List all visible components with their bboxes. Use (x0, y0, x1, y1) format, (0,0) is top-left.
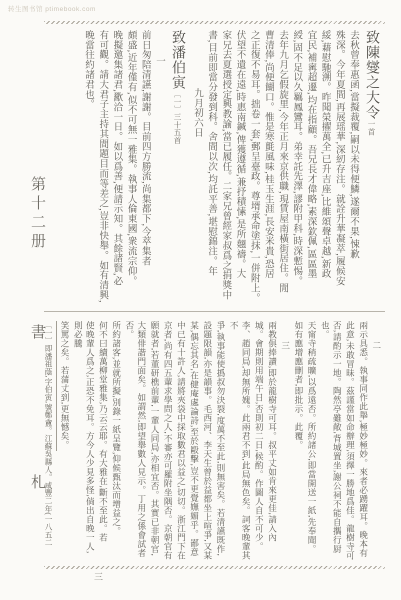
top-wavy-border (44, 21, 385, 24)
letter-text-column: 兩示具悉。執事同作此舉,極妙極妙。來者必踴躍耳。晚本有 (358, 321, 370, 561)
letter-text-column: 爭,執事能使撝叔勿決裂,度萬不至此,則無害矣。若清讌既作, (215, 321, 227, 561)
letter-title-text: 致潘伯寅 (170, 30, 185, 90)
letter-text-column: 有可觀。請大君子主持其間題目而等差之,豈非快舉。如有清興, (95, 30, 108, 306)
library-watermark: 转生图书馆 ptimebook.com (8, 4, 96, 13)
letter-count-note: 〔一〕三十五首 (173, 90, 182, 144)
letter-text-column: 所約諸客,並就所擬,別錄一紙呈覽,仰候甄汰而增益之。 (111, 321, 123, 561)
page-number: 三 (94, 570, 103, 583)
letter-number-heading: 一 (152, 30, 165, 306)
letter-text-column: 曹清俸,尚便餬口。惟是寒氈風味,桂玉生涯,長安米貴,恐居 (261, 30, 274, 306)
letter-text-column: 設題限韻,亦是韻事。毛西河、李天生曾於益都坐上喧爭,又某 (202, 321, 214, 561)
letter-text-column: 兩教俱捧讀,即於龍樹寺可耳。叔平丈如肯來更佳,請入內 (267, 321, 279, 561)
letter-text-column: 之正復不易耳。拙卷一套,郵呈臺政。尊壻承命塗抹,一併附上。 (247, 30, 260, 306)
letter-text-column: 京者,尚有四五輩求學問之人,不審亦可羅附坐隅否。京朝官有 (162, 321, 174, 561)
book-page-scan: 转生图书馆 ptimebook.com 第十二册 書 札 致陳燮之大令一首去秋曾… (0, 0, 401, 600)
letter-number-heading: 二 (371, 321, 383, 561)
letter-text-column: 宜民,補寗超遷,均在指顧。吾兄長才偉略,素深欽佩,區區墨 (303, 30, 316, 306)
letter-text-column: 李、趙同局,却無所媿。此兩君不到,此局無色矣。詞客晚輩其不 (228, 321, 252, 561)
letter-text-column: 伏望不遺在遠,時惠南鍼,俾獲遵循,兼抒積愫,是所翹禱。大 (233, 30, 246, 306)
letter-title-text: 致陳燮之大令 (364, 30, 379, 120)
letter-text-column: 某,偶忘其名,在健庵處論詩,至於毆擊,豈不更覺嫵媚乎。鄙意 (189, 321, 201, 561)
letter-text-column: 中已有十許人,請將夾袋中採取數君以益之,切切。浙江門下在 (175, 321, 187, 561)
letter-text-column: 笑罵之矣。若蒲丈到,更無憾矣。 (59, 321, 71, 561)
letter-text-column: 書,目前即當分發到科。舍間以次,均託平善,堪慰錦注。年 (204, 30, 217, 306)
letter-text-column: 天甯寺稍疏曠,以爲遠否。所約諸公,即當開送一紙,先奉聞。 (306, 321, 318, 561)
top-text-register: 致陳燮之大令一首去秋曾奉惠函,當擬裁覆,嗣以未得便鱗,遂爾不果,悚歉殊深。今年夏… (44, 30, 384, 306)
letter-text-column: 使晚輩人爲之,正恐不免耳。方今人少見多怪,倘出自晚一人,則必騰 (72, 321, 96, 561)
letter-text-column: 願就者,若董研樵前輩,一輩人同局,亦相宜否。其實已非朝官, (149, 321, 161, 561)
letter-text-column: 前日匆陪清讌,謝謝。目前四方勝流,尚集都下,今萃集者 (138, 30, 151, 306)
register-divider-line (44, 311, 385, 312)
letter-text-column: 何不曰續萬柳堂雅集,乃云云耶。有大雅在,斷不至此。若 (97, 321, 109, 561)
letter-text-column: 此意,未敢冒昧。茲謹當如命辦理,須擇一勝地爲佳。龍樹寺可 (344, 321, 356, 561)
footnote-block: 〔一〕即潘祖蔭,字伯寅,號鄭盦。江蘇吳縣人。咸豐二年(一八五二年)探花。光緒八年… (44, 321, 53, 561)
letter-text-column: 家兄去夏選授定興教諭,當已履任。二家兄曾經家叔爲之捐獎中 (218, 30, 231, 306)
letter-text-column: 如有應增應刪者,即批示。此覆。 (293, 321, 305, 561)
letter-text-column: 晚當往約諸君也。 (81, 30, 94, 306)
letter-text-column: 殊深。今年夏間,再展瑶華,深紉存注。就詮升華凝萃,履候安 (332, 30, 345, 306)
letter-text-column: 晚擬邀集諸君,歠洽一日。如以爲善,便請示知。其餘諸賢,必 (109, 30, 122, 306)
letter-title: 致陳燮之大令一首 (362, 30, 381, 306)
footnote-column: 〔一〕即潘祖蔭,字伯寅,號鄭盦。江蘇吳縣人。咸豐二年(一八五二 (44, 321, 53, 561)
bottom-wavy-border (44, 566, 385, 569)
letter-date-column: 九月初六日 (190, 30, 203, 306)
letter-text-column: 綏,藉慰馳溯。昨聞榮擢萬全,已升吉座,比維頌聲卓越,新政 (318, 30, 331, 306)
letter-text-column: 城。會期則用端午日,否則初二日,候酌。作圖人自不可少。 (253, 321, 265, 561)
letter-text-column: 大類俳諧門面矣。如謂然,即望舉數人見示。丁用之係會試者否。 (124, 321, 148, 561)
letter-text-column: 去秋曾奉惠函,當擬裁覆,嗣以未得便鱗,遂爾不果,悚歉 (346, 30, 359, 306)
letter-number-heading: 三 (280, 321, 292, 561)
bottom-text-register: 二兩示具悉。執事同作此舉,極妙極妙。來者必踴躍耳。晚本有此意,未敢冒昧。茲謹當如… (44, 321, 384, 561)
letter-count-note: 一首 (367, 120, 376, 135)
letter-text-column: 去年九月乞假旋里,今年正月來京供職,現賃屋南橫街居住。閒 (275, 30, 288, 306)
letter-text-column: 綬,固不足以久羈鳳鸞耳。弟幸託先澤,謬附甲科,時深慙惕。 (289, 30, 302, 306)
letter-text-column: 頗盛,近年僅有,似不可無一雅集。執事人倫東國,衆流宗仰。 (124, 30, 137, 306)
letter-text-column: 否,請酌示一地。陶然亭雖敞,背城置坐,謝公祠不能自攜行厨也。 (319, 321, 343, 561)
letter-title: 致潘伯寅〔一〕三十五首 (168, 30, 187, 306)
